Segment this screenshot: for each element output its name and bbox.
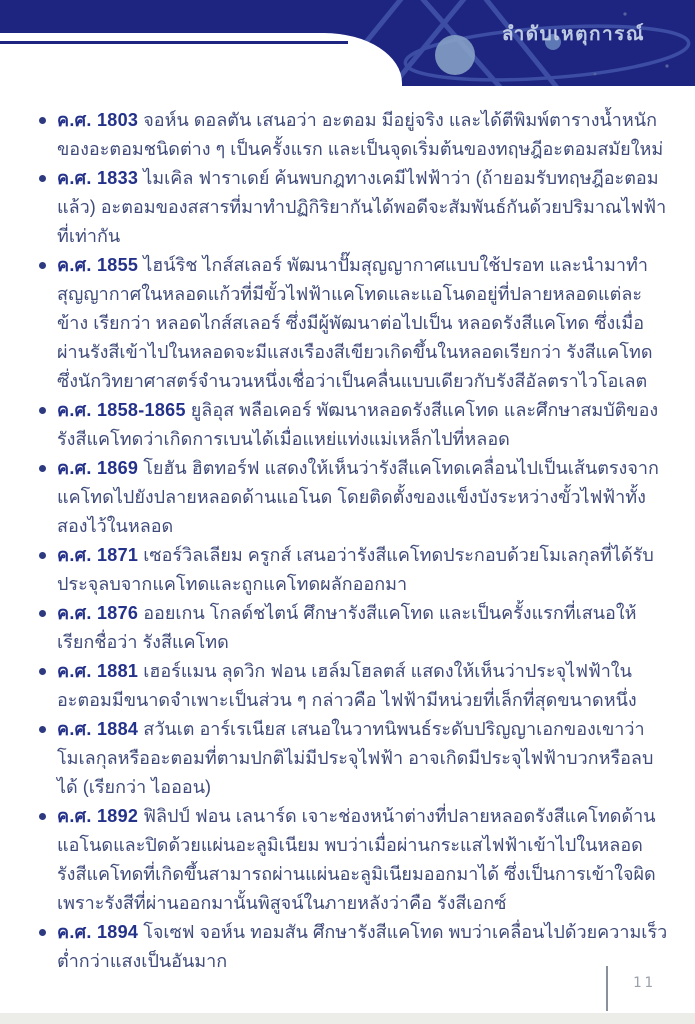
event-year: ค.ศ. 1884 [57,719,143,739]
event-text: สวันเต อาร์เรเนียส เสนอในวาทนิพนธ์ระดับป… [57,719,653,797]
timeline-list: ค.ศ. 1803จอห์น ดอลตัน เสนอว่า อะตอม มีอย… [38,106,670,976]
footer-divider-line [606,966,608,1011]
event-text: ไฮน์ริช ไกส์สเลอร์ พัฒนาปั๊มสุญญากาศแบบใ… [57,255,653,391]
event-year: ค.ศ. 1871 [57,545,143,565]
bullet-dot-icon [39,929,46,936]
bullet-dot-icon [39,117,46,124]
header-rule-line [0,41,348,44]
event-text: จอห์น ดอลตัน เสนอว่า อะตอม มีอยู่จริง แล… [57,110,663,159]
event-year: ค.ศ. 1892 [57,806,143,826]
event-year: ค.ศ. 1876 [57,603,143,623]
event-text: เซอร์วิลเลียม ครูกส์ เสนอว่ารังสีแคโทดปร… [57,545,654,594]
page-header: ลำดับเหตุการณ์ [0,0,695,96]
event-text: ออยเกน โกลด์ชไตน์ ศึกษารังสีแคโทด และเป็… [57,603,637,652]
event-year: ค.ศ. 1894 [57,922,143,942]
event-text: โจเซฟ จอห์น ทอมสัน ศึกษารังสีแคโทด พบว่า… [57,922,667,971]
timeline-event: ค.ศ. 1876ออยเกน โกลด์ชไตน์ ศึกษารังสีแคโ… [38,599,670,657]
bullet-dot-icon [39,668,46,675]
timeline-event: ค.ศ. 1894โจเซฟ จอห์น ทอมสัน ศึกษารังสีแค… [38,918,670,976]
event-year: ค.ศ. 1833 [57,168,143,188]
timeline-event: ค.ศ. 1858-1865ยูลิอุส พลือเคอร์ พัฒนาหลอ… [38,396,670,454]
timeline-event: ค.ศ. 1871เซอร์วิลเลียม ครูกส์ เสนอว่ารัง… [38,541,670,599]
page-bottom-edge [0,1013,695,1024]
event-text: เฮอร์แมน ลุดวิก ฟอน เฮล์มโฮลตส์ แสดงให้เ… [57,661,637,710]
bullet-dot-icon [39,726,46,733]
event-year: ค.ศ. 1869 [57,458,143,478]
timeline-event: ค.ศ. 1803จอห์น ดอลตัน เสนอว่า อะตอม มีอย… [38,106,670,164]
timeline-event: ค.ศ. 1884สวันเต อาร์เรเนียส เสนอในวาทนิพ… [38,715,670,802]
bullet-dot-icon [39,610,46,617]
event-year: ค.ศ. 1881 [57,661,143,681]
event-year: ค.ศ. 1855 [57,255,143,275]
timeline-event: ค.ศ. 1892ฟิลิปป์ ฟอน เลนาร์ด เจาะช่องหน้… [38,802,670,918]
bullet-dot-icon [39,552,46,559]
event-year: ค.ศ. 1803 [57,110,143,130]
timeline-event: ค.ศ. 1869โยฮัน ฮิตทอร์ฟ แสดงให้เห็นว่ารั… [38,454,670,541]
bullet-dot-icon [39,262,46,269]
event-text: โยฮัน ฮิตทอร์ฟ แสดงให้เห็นว่ารังสีแคโทดเ… [57,458,659,536]
bullet-dot-icon [39,407,46,414]
bullet-dot-icon [39,813,46,820]
bullet-dot-icon [39,465,46,472]
timeline-content: ค.ศ. 1803จอห์น ดอลตัน เสนอว่า อะตอม มีอย… [38,106,670,976]
event-text: ฟิลิปป์ ฟอน เลนาร์ด เจาะช่องหน้าต่างที่ป… [57,806,656,913]
timeline-event: ค.ศ. 1833ไมเคิล ฟาราเดย์ ค้นพบกฎทางเคมีไ… [38,164,670,251]
event-year: ค.ศ. 1858-1865 [57,400,191,420]
page-number: 11 [633,975,656,991]
bullet-dot-icon [39,175,46,182]
event-text: ไมเคิล ฟาราเดย์ ค้นพบกฎทางเคมีไฟฟ้าว่า (… [57,168,666,246]
timeline-event: ค.ศ. 1881เฮอร์แมน ลุดวิก ฟอน เฮล์มโฮลตส์… [38,657,670,715]
page-title: ลำดับเหตุการณ์ [502,19,645,49]
timeline-event: ค.ศ. 1855ไฮน์ริช ไกส์สเลอร์ พัฒนาปั๊มสุญ… [38,251,670,396]
